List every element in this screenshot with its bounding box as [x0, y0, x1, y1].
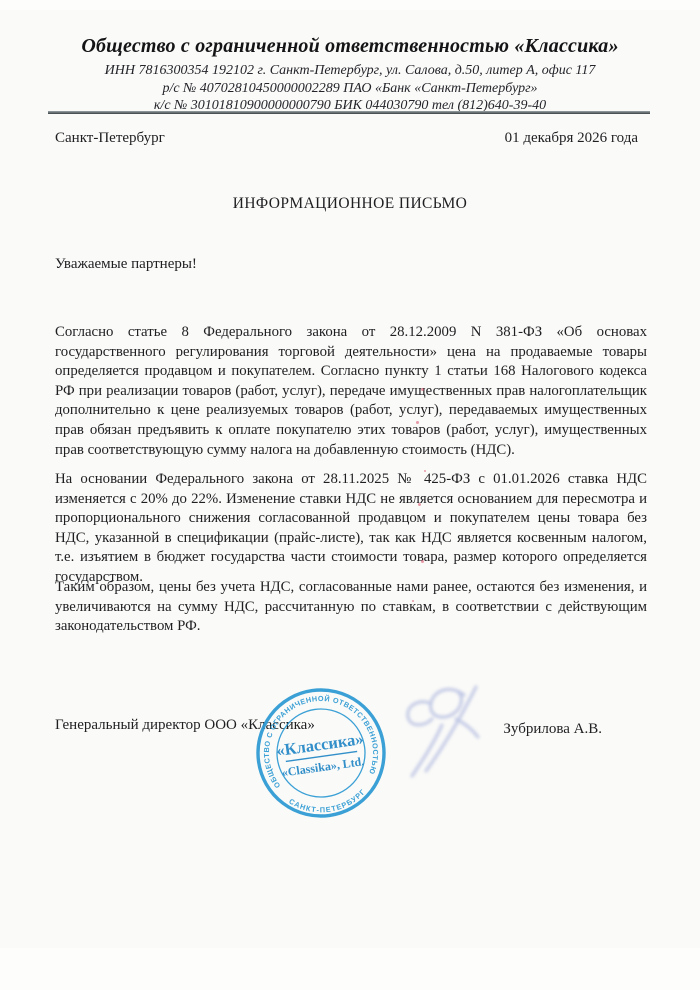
paragraph-vat-change: На основании Федерального закона от 28.1…: [55, 470, 647, 588]
scan-speck: [416, 421, 419, 424]
stamp-center-name-en: «Classika», Ltd.: [281, 754, 365, 779]
company-name: Общество с ограниченной ответственностью…: [0, 35, 700, 58]
scan-speck: [412, 600, 414, 602]
salutation: Уважаемые партнеры!: [55, 256, 197, 273]
city-label: Санкт-Петербург: [55, 130, 165, 147]
signer-name: Зубрилова А.В.: [503, 721, 602, 738]
scanned-letter-page: Общество с ограниченной ответственностью…: [0, 0, 700, 990]
scan-speck: [424, 470, 426, 472]
scan-speck: [418, 503, 421, 506]
document-title: ИНФОРМАЦИОННОЕ ПИСЬМО: [0, 195, 700, 213]
scan-speck: [421, 388, 424, 391]
date-label: 01 декабря 2026 года: [505, 130, 638, 147]
letterhead-divider: [48, 111, 650, 114]
handwritten-signature: [368, 673, 502, 788]
scan-speck: [421, 560, 424, 563]
paragraph-law-basis: Согласно статье 8 Федерального закона от…: [55, 323, 647, 460]
letterhead-account-line: р/с № 40702810450000002289 ПАО «Банк «Са…: [0, 81, 700, 97]
paragraph-conclusion: Таким образом, цены без учета НДС, согла…: [55, 578, 647, 637]
letterhead-inn-line: ИНН 7816300354 192102 г. Санкт-Петербург…: [0, 63, 700, 79]
